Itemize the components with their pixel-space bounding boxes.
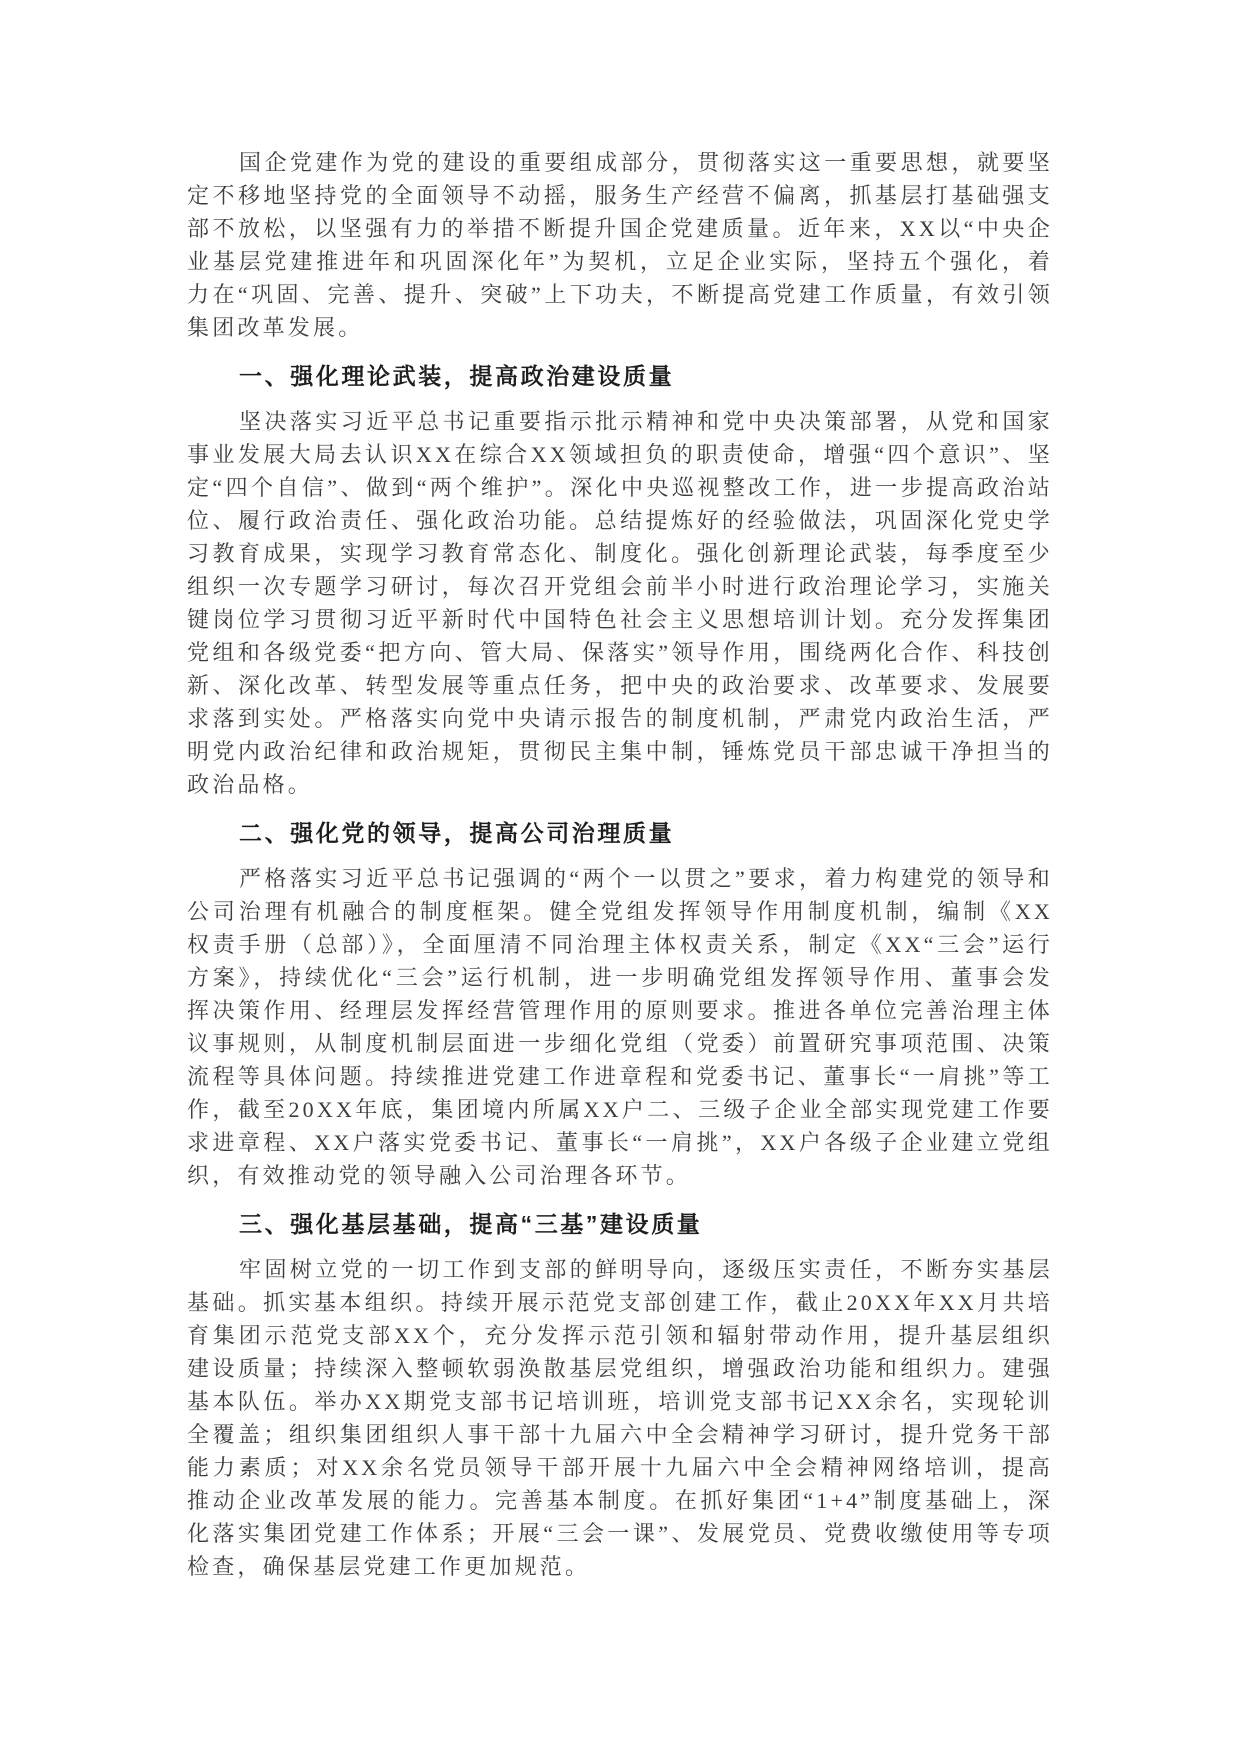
body-paragraph: 坚决落实习近平总书记重要指示批示精神和党中央决策部署，从党和国家事业发展大局去认… [187, 405, 1053, 801]
section-heading: 一、强化理论武装，提高政治建设质量 [187, 360, 1053, 393]
section-heading: 三、强化基层基础，提高“三基”建设质量 [187, 1208, 1053, 1241]
body-paragraph: 国企党建作为党的建设的重要组成部分，贯彻落实这一重要思想，就要坚定不移地坚持党的… [187, 146, 1053, 344]
body-paragraph: 牢固树立党的一切工作到支部的鲜明导向，逐级压实责任，不断夯实基层基础。抓实基本组… [187, 1253, 1053, 1583]
document-body: 国企党建作为党的建设的重要组成部分，贯彻落实这一重要思想，就要坚定不移地坚持党的… [187, 146, 1053, 1583]
body-paragraph: 严格落实习近平总书记强调的“两个一以贯之”要求，着力构建党的领导和公司治理有机融… [187, 862, 1053, 1192]
document-page: 国企党建作为党的建设的重要组成部分，贯彻落实这一重要思想，就要坚定不移地坚持党的… [0, 0, 1240, 1754]
section-heading: 二、强化党的领导，提高公司治理质量 [187, 817, 1053, 850]
